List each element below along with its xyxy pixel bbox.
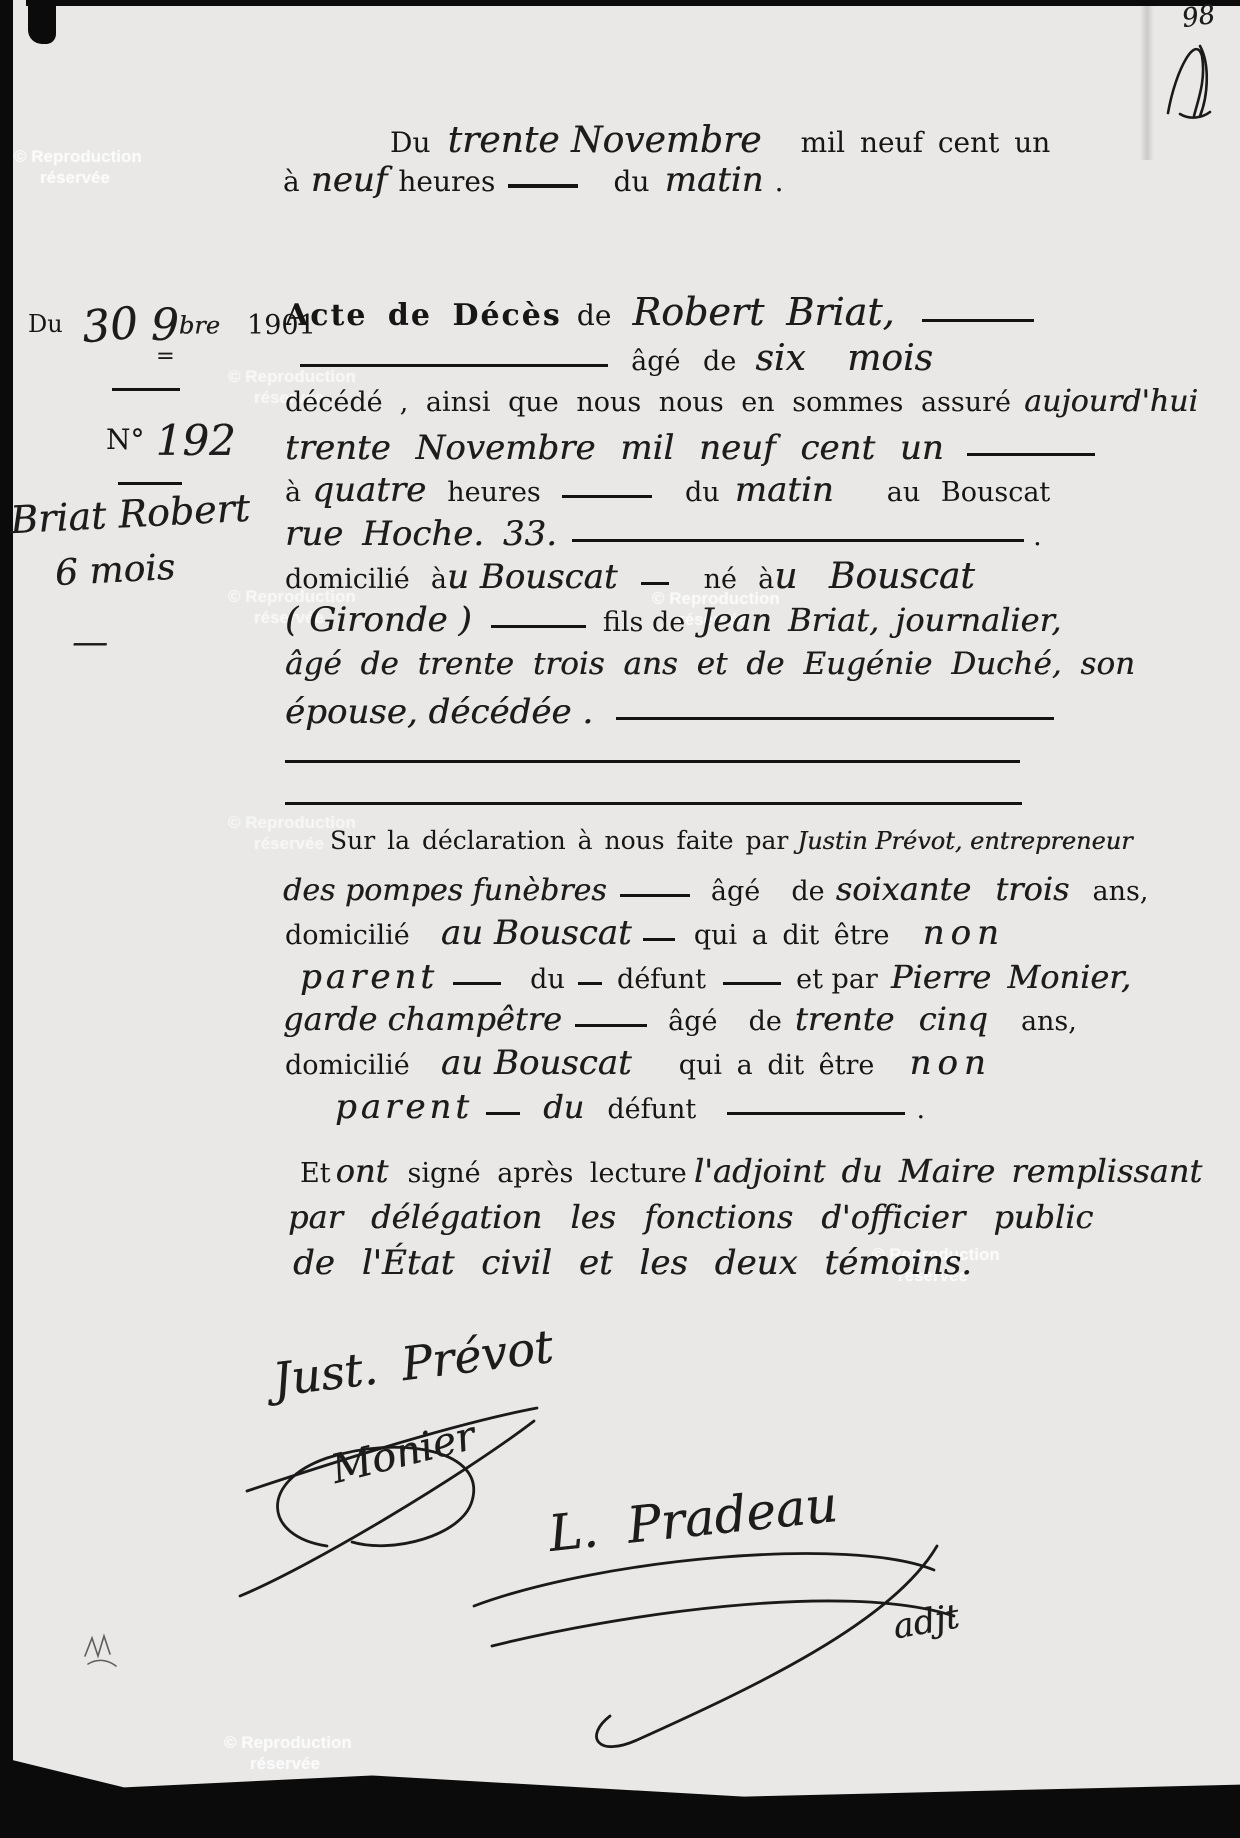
blank-rule [300, 360, 608, 367]
printed-decede: décédé [285, 387, 383, 418]
margin-name: Briat Robert [9, 486, 251, 543]
blank-rule [578, 978, 602, 985]
blank-line [285, 760, 1020, 763]
hour-entry: neuf [311, 160, 388, 200]
period: . [775, 165, 784, 198]
parent-entry: parent [300, 957, 438, 997]
blank-rule [453, 978, 501, 985]
acte-gironde-line: ( Gironde ) fils de Jean Briat, journali… [285, 600, 1061, 640]
printed-du: du [614, 165, 650, 198]
witness2-domicile-line: domicilié au Bouscat qui a dit être non [285, 1043, 992, 1083]
printed-assure: , ainsi que nous nous en sommes assuré [400, 387, 1011, 418]
margin-dash: — [72, 622, 108, 663]
printed-a: à [285, 477, 301, 508]
scan-edge-bottom [0, 1746, 1240, 1838]
death-date-entry: trente Novembre mil neuf cent un [285, 428, 944, 468]
margin-day: 30 [80, 298, 140, 354]
today-entry: aujourd'hui [1024, 384, 1198, 419]
printed-du: Du [28, 310, 63, 338]
printed-de: de [791, 876, 824, 907]
no-label: N° [106, 423, 145, 456]
printed-qui: qui a dit être [694, 920, 890, 951]
witness1-age: soixante trois [836, 870, 1070, 908]
death-certificate-scan: © Reproductionréservée © Reproductionrés… [0, 0, 1240, 1838]
signature-pradeau-flourish [462, 1528, 962, 1758]
ont-entry: ont [336, 1152, 389, 1190]
printed-et: Et [300, 1158, 331, 1189]
scan-edge-top [26, 0, 1240, 6]
printed-domicilie: domicilié [285, 1050, 410, 1081]
deceased-name: Robert Briat, [632, 290, 894, 334]
acte-decede-line: décédé , ainsi que nous nous en sommes a… [285, 384, 1198, 419]
age-entry: six mois [755, 338, 933, 379]
printed-a: à [758, 564, 774, 595]
acte-title-line: Acte de Décès de Robert Briat, [285, 290, 1034, 334]
blank-rule [620, 890, 690, 897]
header-line-1: Du trente Novembre mil neuf cent un [390, 120, 1050, 161]
watermark: © Reproductionréservée [224, 1732, 352, 1774]
street-entry: rue Hoche. 33. [285, 514, 557, 554]
printed-age: âgé [668, 1006, 717, 1037]
margin-rule [112, 388, 180, 391]
domicile-entry: u Bouscat [447, 557, 617, 597]
signature-prevot: Just. Prévot [270, 1319, 556, 1407]
blank-rule [616, 713, 1054, 720]
printed-de: de [749, 1006, 782, 1037]
witness2-age: trente cinq [795, 1000, 988, 1038]
printed-ne: né [704, 564, 737, 595]
printed-defunt: défunt [607, 1094, 696, 1125]
printed-de: de [577, 299, 612, 332]
witness1-domicile: au Bouscat [441, 913, 632, 953]
acte-domicile-line: domicilié àu Bouscat né àu Bouscat [285, 556, 975, 597]
no-value: 192 [156, 416, 236, 465]
blank-rule [922, 315, 1034, 322]
printed-heures: heures [447, 477, 541, 508]
period: . [916, 1094, 925, 1125]
acte-title: Acte de Décès [285, 298, 562, 333]
printed-ans: ans, [1092, 876, 1148, 907]
acte-parents-line: âgé de trente trois ans et de Eugénie Du… [285, 646, 1135, 682]
birthplace-entry: u Bouscat [774, 556, 975, 597]
pencil-mark [80, 1626, 122, 1672]
witness2-parent-line: parent du défunt . [335, 1087, 925, 1127]
witness2-domicile: au Bouscat [441, 1043, 632, 1083]
declaration-intro-line: Sur la déclaration à nous faite par Just… [330, 826, 1133, 855]
acte-hour-line: à quatre heures du matin au Bouscat [285, 470, 1050, 510]
printed-defunt: défunt [617, 964, 706, 995]
blank-rule [641, 578, 669, 585]
date-entry: trente Novembre [448, 120, 762, 161]
printed-ans: ans, [1021, 1006, 1077, 1037]
hour-entry: quatre [312, 470, 426, 510]
blank-rule [508, 180, 578, 188]
witness1-entry: Justin Prévot, entrepreneur [797, 827, 1132, 855]
non-entry: non [909, 1043, 991, 1083]
blank-rule [967, 449, 1095, 456]
blank-rule [727, 1108, 905, 1115]
printed-heures: heures [398, 165, 495, 198]
printed-signe: signé après lecture [407, 1158, 686, 1189]
du-entry: du [543, 1088, 584, 1126]
witness2-profession-line: garde champêtre âgé de trente cinq ans, [283, 1000, 1077, 1038]
witness1-profession: des pompes funèbres [283, 873, 607, 908]
closing-line-1: Et ont signé après lecture l'adjoint du … [300, 1152, 1202, 1190]
acte-age-line: âgé de six mois [300, 338, 933, 379]
closing-line-2: par délégation les fonctions d'officier … [288, 1198, 1093, 1236]
printed-fils-de: fils de [603, 607, 685, 638]
scan-edge-left [0, 0, 13, 1838]
closing-line-3: de l'État civil et les deux témoins. [293, 1243, 972, 1283]
gironde-entry: ( Gironde ) [285, 600, 472, 640]
parent-entry: parent [335, 1087, 473, 1127]
matin-entry: matin [665, 160, 764, 200]
blank-rule [575, 1020, 647, 1027]
printed-domicilie: domicilié [285, 920, 410, 951]
non-entry: non [923, 913, 1005, 953]
adjoint-entry: l'adjoint du Maire remplissant [694, 1152, 1202, 1190]
blank-rule [643, 934, 675, 941]
printed-du: du [685, 477, 720, 508]
witness2-profession: garde champêtre [283, 1000, 562, 1038]
margin-age: 6 mois [54, 547, 176, 594]
margin-number: N° 192 [106, 416, 236, 465]
acte-mother-line: épouse, décédée . [285, 692, 1054, 732]
printed-domicilie: domicilié [285, 564, 410, 595]
margin-rule [118, 482, 182, 485]
printed-du: Du [390, 126, 430, 159]
margin-date: Du 30 9bre = 1901 [28, 300, 316, 351]
witness1-parent-line: parent du défunt et par Pierre Monier, [300, 957, 1131, 997]
blank-rule [486, 1108, 520, 1115]
period: . [1033, 521, 1042, 552]
margin-month-abbr: bre [179, 312, 220, 340]
blank-rule [572, 535, 1024, 542]
witness1-domicile-line: domicilié au Bouscat qui a dit être non [285, 913, 1005, 953]
printed-a: à [431, 564, 447, 595]
mother-entry: épouse, décédée . [285, 692, 593, 732]
blank-rule [562, 491, 652, 498]
father-entry: Jean Briat, journalier, [700, 601, 1061, 639]
blank-line [285, 802, 1022, 805]
paraph-mark [1150, 28, 1222, 118]
scan-blot [28, 0, 56, 44]
blank-rule [723, 978, 781, 985]
header-line-2: à neuf heures du matin . [283, 160, 784, 200]
printed-declaration: Sur la déclaration à nous faite par [330, 826, 788, 855]
printed-et-par: et par [796, 964, 878, 995]
matin-entry: matin [735, 470, 834, 510]
printed-year: mil neuf cent un [801, 126, 1051, 159]
printed-qui: qui a dit être [679, 1050, 875, 1081]
printed-au-bouscat: au Bouscat [887, 477, 1050, 508]
witness1-profession-line: des pompes funèbres âgé de soixante troi… [283, 870, 1148, 908]
printed-a: à [283, 165, 300, 198]
acte-street-line: rue Hoche. 33. . [285, 514, 1042, 554]
printed-du: du [530, 964, 565, 995]
watermark: © Reproductionréservée [14, 146, 142, 188]
acte-date-line: trente Novembre mil neuf cent un [285, 428, 1095, 468]
printed-age: âgé [711, 876, 760, 907]
abbr-underline: = [156, 344, 174, 369]
witness2-entry: Pierre Monier, [891, 958, 1131, 996]
blank-rule [491, 621, 586, 628]
age-label: âgé de [631, 346, 736, 377]
